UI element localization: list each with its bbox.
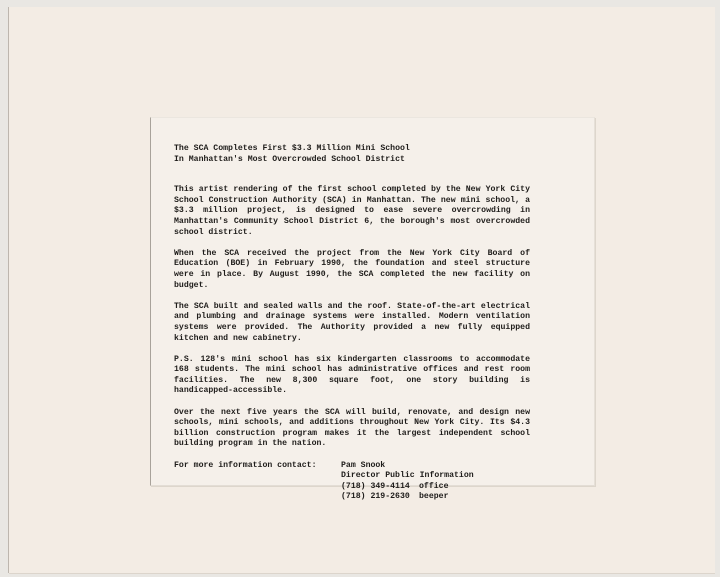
contact-details: Pam Snook Director Public Information (7… (341, 461, 474, 503)
press-release-sheet: The SCA Completes First $3.3 Million Min… (150, 117, 595, 486)
paragraph-program: Over the next five years the SCA will bu… (174, 408, 530, 450)
press-release-title: The SCA Completes First $3.3 Million Min… (174, 144, 530, 165)
phone-row-beeper: (718) 219-2630 beeper (341, 492, 474, 503)
contact-name: Pam Snook (341, 461, 474, 472)
paragraph-intro: This artist rendering of the first schoo… (174, 185, 530, 238)
contact-block: For more information contact: Pam Snook … (174, 461, 530, 503)
phone-row-office: (718) 349-4114 office (341, 482, 474, 493)
paragraph-history: When the SCA received the project from t… (174, 249, 530, 291)
paragraph-facilities: P.S. 128's mini school has six kindergar… (174, 355, 530, 397)
phone-number-beeper: (718) 219-2630 (341, 492, 419, 503)
contact-label: For more information contact: (174, 461, 341, 503)
contact-role: Director Public Information (341, 471, 474, 482)
phone-number-office: (718) 349-4114 (341, 482, 419, 493)
photo-mount-board: The SCA Completes First $3.3 Million Min… (9, 7, 715, 573)
phone-type-office: office (419, 482, 448, 493)
phone-type-beeper: beeper (419, 492, 448, 503)
press-release-text: The SCA Completes First $3.3 Million Min… (174, 144, 530, 503)
paragraph-construction: The SCA built and sealed walls and the r… (174, 302, 530, 344)
